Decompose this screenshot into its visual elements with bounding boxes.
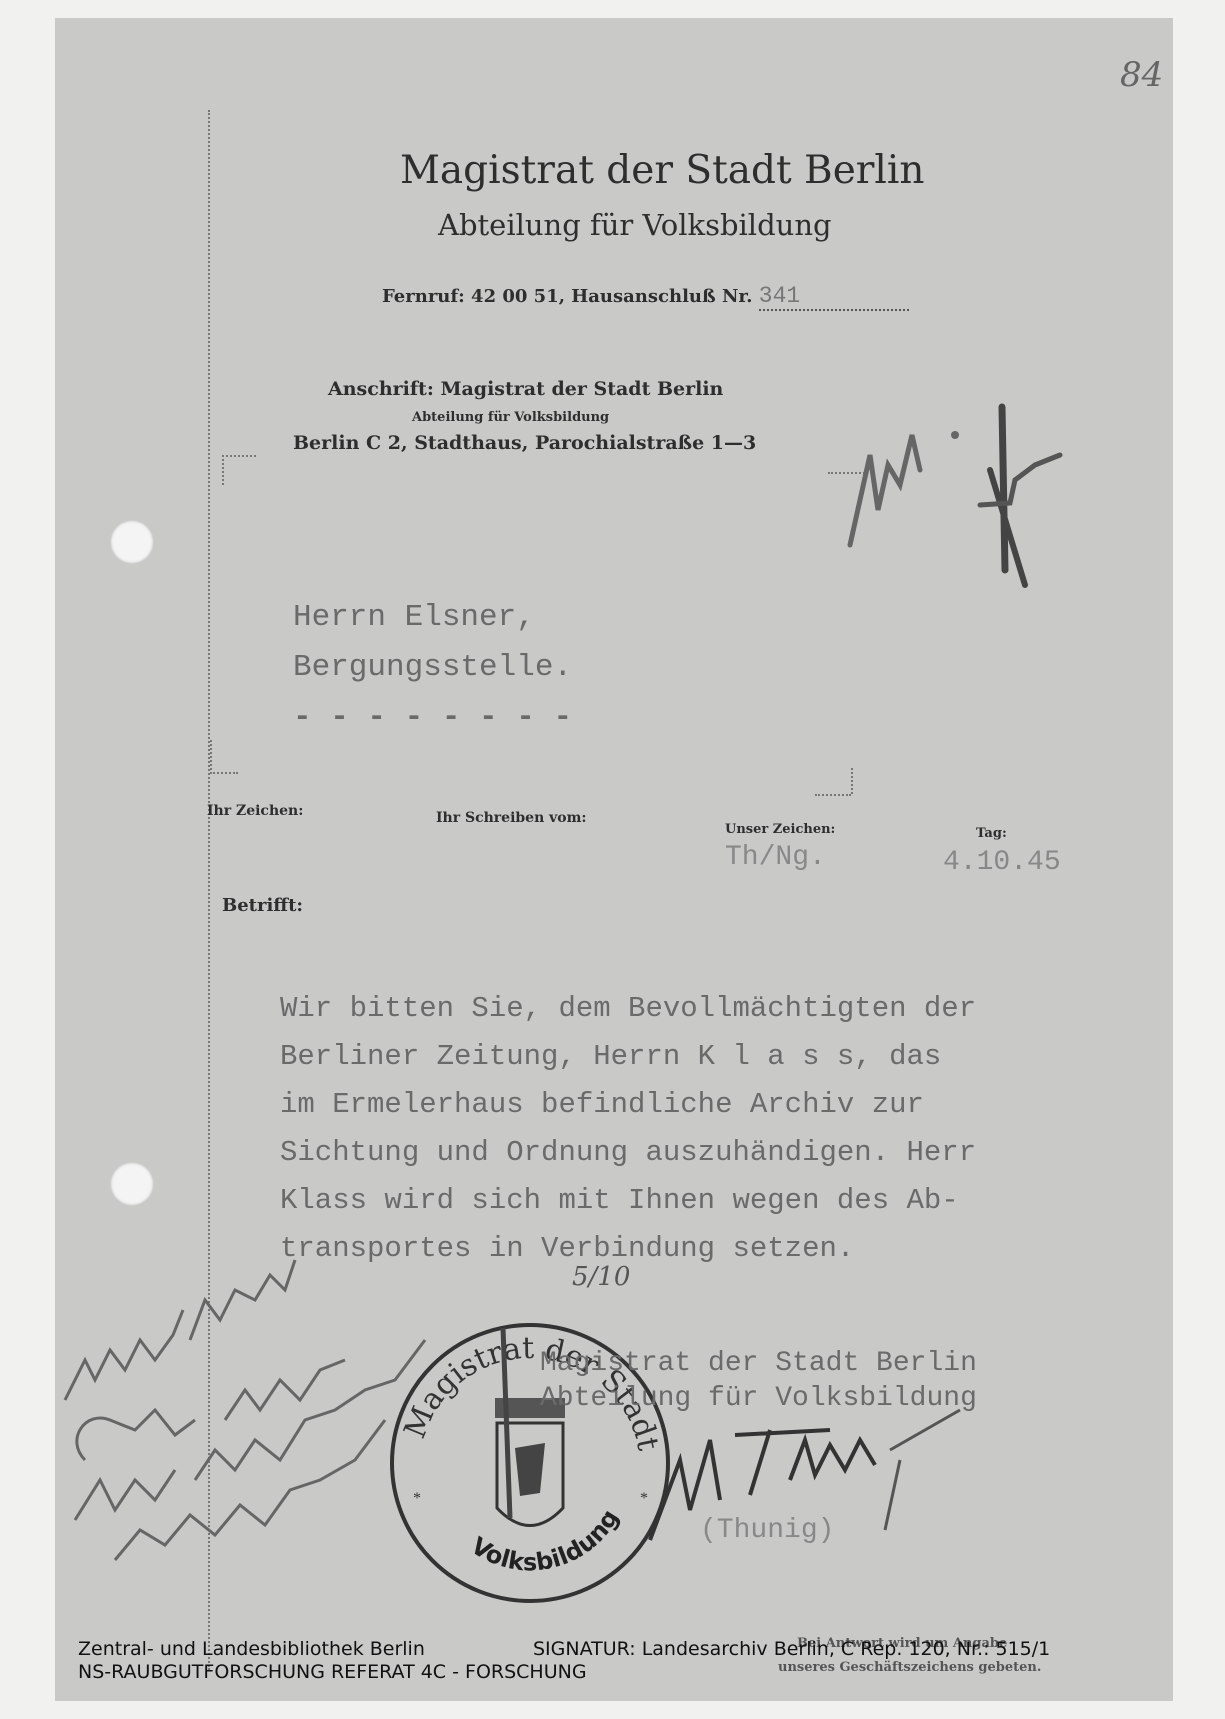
watermark-institution: Zentral- und Landesbibliothek Berlin [78, 1638, 425, 1660]
svg-text:*: * [413, 1490, 421, 1507]
recipient-name: Herrn Elsner, [293, 600, 535, 635]
window-mark [222, 455, 224, 485]
handwritten-initials-icon [840, 395, 1080, 605]
phone-line: Fernruf: 42 00 51, Hausanschluß Nr. 341 [382, 283, 909, 311]
signatory-name: (Thunig) [700, 1515, 834, 1546]
body-line: im Ermelerhaus befindliche Archiv zur [280, 1081, 976, 1129]
address-line-1: Anschrift: Magistrat der Stadt Berlin [328, 378, 723, 400]
punch-hole [110, 520, 154, 564]
window-mark [815, 794, 851, 796]
closing-line-1: Magistrat der Stadt Berlin [540, 1348, 977, 1379]
punch-hole [110, 1162, 154, 1206]
page-number: 84 [1120, 55, 1163, 95]
recipient-department: Bergungsstelle. [293, 650, 572, 685]
letterhead-subtitle: Abteilung für Volksbildung [438, 208, 832, 242]
letterhead-title: Magistrat der Stadt Berlin [400, 148, 924, 193]
address-line-3: Berlin C 2, Stadthaus, Parochialstraße 1… [293, 432, 756, 454]
footer-note-2: unseres Geschäftszeichens gebeten. [778, 1660, 1041, 1675]
window-mark [210, 772, 238, 774]
body-line: Berliner Zeitung, Herrn K l a s s, das [280, 1033, 976, 1081]
phone-label: Fernruf: 42 00 51, Hausanschluß Nr. [382, 286, 753, 307]
window-mark [851, 768, 853, 794]
watermark-signatur: SIGNATUR: Landesarchiv Berlin, C Rep. 12… [533, 1638, 1050, 1660]
subject-label: Betrifft: [222, 895, 303, 916]
watermark-department: NS-RAUBGUTFORSCHUNG REFERAT 4C - FORSCHU… [78, 1661, 587, 1683]
address-line-2: Abteilung für Volksbildung [412, 410, 609, 425]
window-mark [210, 740, 212, 770]
tag-value: 4.10.45 [943, 847, 1061, 878]
svg-text:Volksbildung: Volksbildung [466, 1505, 624, 1577]
ihr-zeichen-label: Ihr Zeichen: [207, 803, 303, 819]
unser-zeichen-value: Th/Ng. [725, 842, 826, 873]
ihr-schreiben-label: Ihr Schreiben vom: [436, 810, 587, 826]
unser-zeichen-label: Unser Zeichen: [725, 822, 835, 837]
recipient-underline: - - - - - - - - [293, 700, 572, 735]
window-mark [222, 455, 256, 457]
handwritten-date-note: 5/10 [572, 1262, 630, 1292]
body-line: Sichtung und Ordnung auszuhändigen. Herr [280, 1129, 976, 1177]
extension-value: 341 [759, 283, 909, 311]
body-line: Klass wird sich mit Ihnen wegen des Ab- [280, 1177, 976, 1225]
tag-label: Tag: [976, 826, 1007, 841]
body-line: Wir bitten Sie, dem Bevollmächtigten der [280, 985, 976, 1033]
